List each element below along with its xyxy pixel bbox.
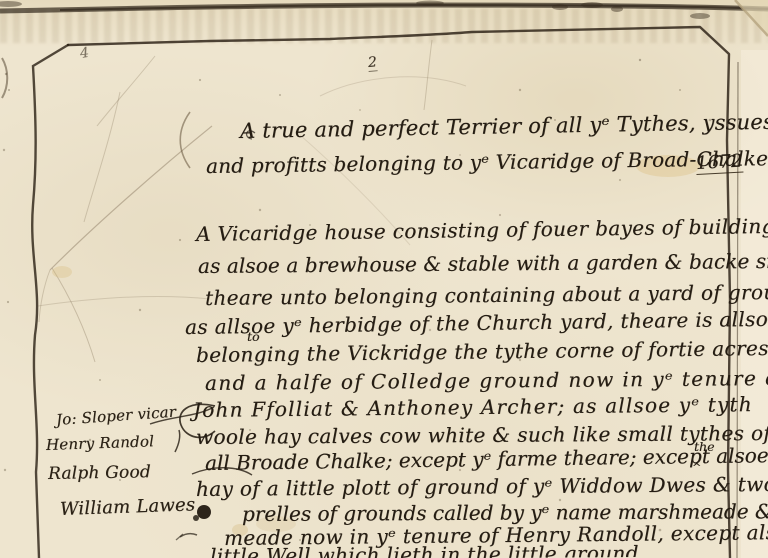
body-line-1: A Vicaridge house consisting of fouer ba… [196,216,768,244]
insertion-to: to [247,331,260,344]
margin-signature-vicar: Jo: Sloper vicar [55,405,176,428]
top-center-page-mark: 2 [367,55,377,72]
ink-blot [197,505,211,519]
paper-corner-edge [735,0,768,36]
margin-signature-lawes: William Lawes [60,496,196,519]
photo-top-edge-line-dark [60,5,768,10]
photo-top-edge-line [0,5,768,11]
body-line-13-partial: little Well which lieth in the little gr… [210,543,639,558]
stain-crease-crossing [52,266,72,278]
body-line-9: all Broade Chalke; except yᵉ farme thear… [205,444,768,473]
manuscript-photo: 4 2 A true and perfect Terrier of all yᵉ… [0,0,768,558]
body-line-4: as allsoe yᵉ herbidge of the Church yard… [185,309,768,337]
body-line-6: and a halfe of Colledge ground now in yᵉ… [205,368,768,393]
body-line-10: hay of a little plott of ground of yᵉ Wi… [196,474,768,499]
terrier-heading-line2: and profitts belonging to yᵉ Vicaridge o… [206,148,768,176]
terrier-date: 1672 [695,153,743,175]
left-margin-curve-mark [2,58,7,98]
body-line-7: John Ffolliat & Anthoney Archer; as alls… [193,394,753,420]
top-left-corner-mark: 4 [79,46,90,61]
terrier-heading-line1: A true and perfect Terrier of all yᵉ Tyt… [240,112,768,142]
paper-corner-cut [735,0,768,36]
margin-signature-randol: Henry Randol [46,434,155,453]
insertion-the: the [694,441,714,454]
body-line-3: theare unto belonging containing about a… [205,282,768,308]
margin-signature-good: Ralph Good [48,464,151,483]
page-top-edge-mottling [0,9,768,43]
ink-blot-satellite [193,515,199,521]
crease-curve-mark [180,112,190,168]
insertion-caret: ^ [692,462,701,473]
body-line-5: belonging the Vickridge the tythe corne … [196,338,768,365]
body-line-2: as alsoe a brewhouse & stable with a gar… [198,251,768,276]
top-edge-smudges [0,1,710,20]
